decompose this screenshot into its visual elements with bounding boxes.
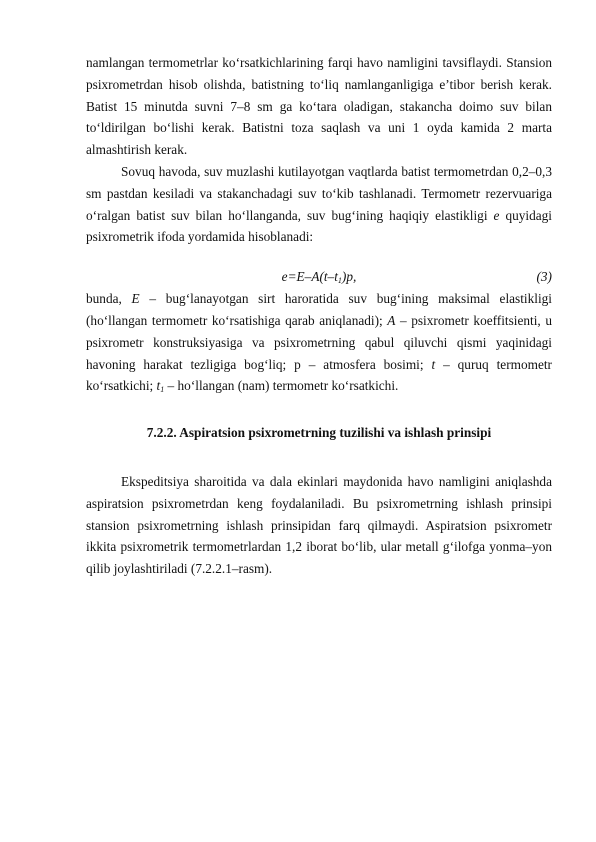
formula-end: )p, [342,269,356,284]
formula-number: (3) [536,266,552,288]
formula-main: e=E–A(t–t [282,269,338,284]
formula-expression: e=E–A(t–t1)p, [86,266,552,288]
paragraph-formula-legend: bunda, E – bug‘lanayotgan sirt haroratid… [86,288,552,397]
paragraph-cold-weather: Sovuq havoda, suv muzlashi kutilayotgan … [86,161,552,248]
formula-3: e=E–A(t–t1)p, (3) [86,266,552,288]
text: Sovuq havoda, suv muzlashi kutilayotgan … [86,164,552,223]
paragraph-aspiration-psychrometer: Ekspeditsiya sharoitida va dala ekinlari… [86,471,552,580]
paragraph-batist-care: namlangan termometrlar ko‘rsatkichlarini… [86,52,552,161]
document-page: namlangan termometrlar ko‘rsatkichlarini… [86,52,552,580]
text: bunda, [86,291,132,306]
section-heading: 7.2.2. Aspiratsion psixrometrning tuzili… [86,422,552,444]
text: – ho‘llangan (nam) termometr ko‘rsatkich… [164,378,398,393]
variable-E: E [132,291,140,306]
